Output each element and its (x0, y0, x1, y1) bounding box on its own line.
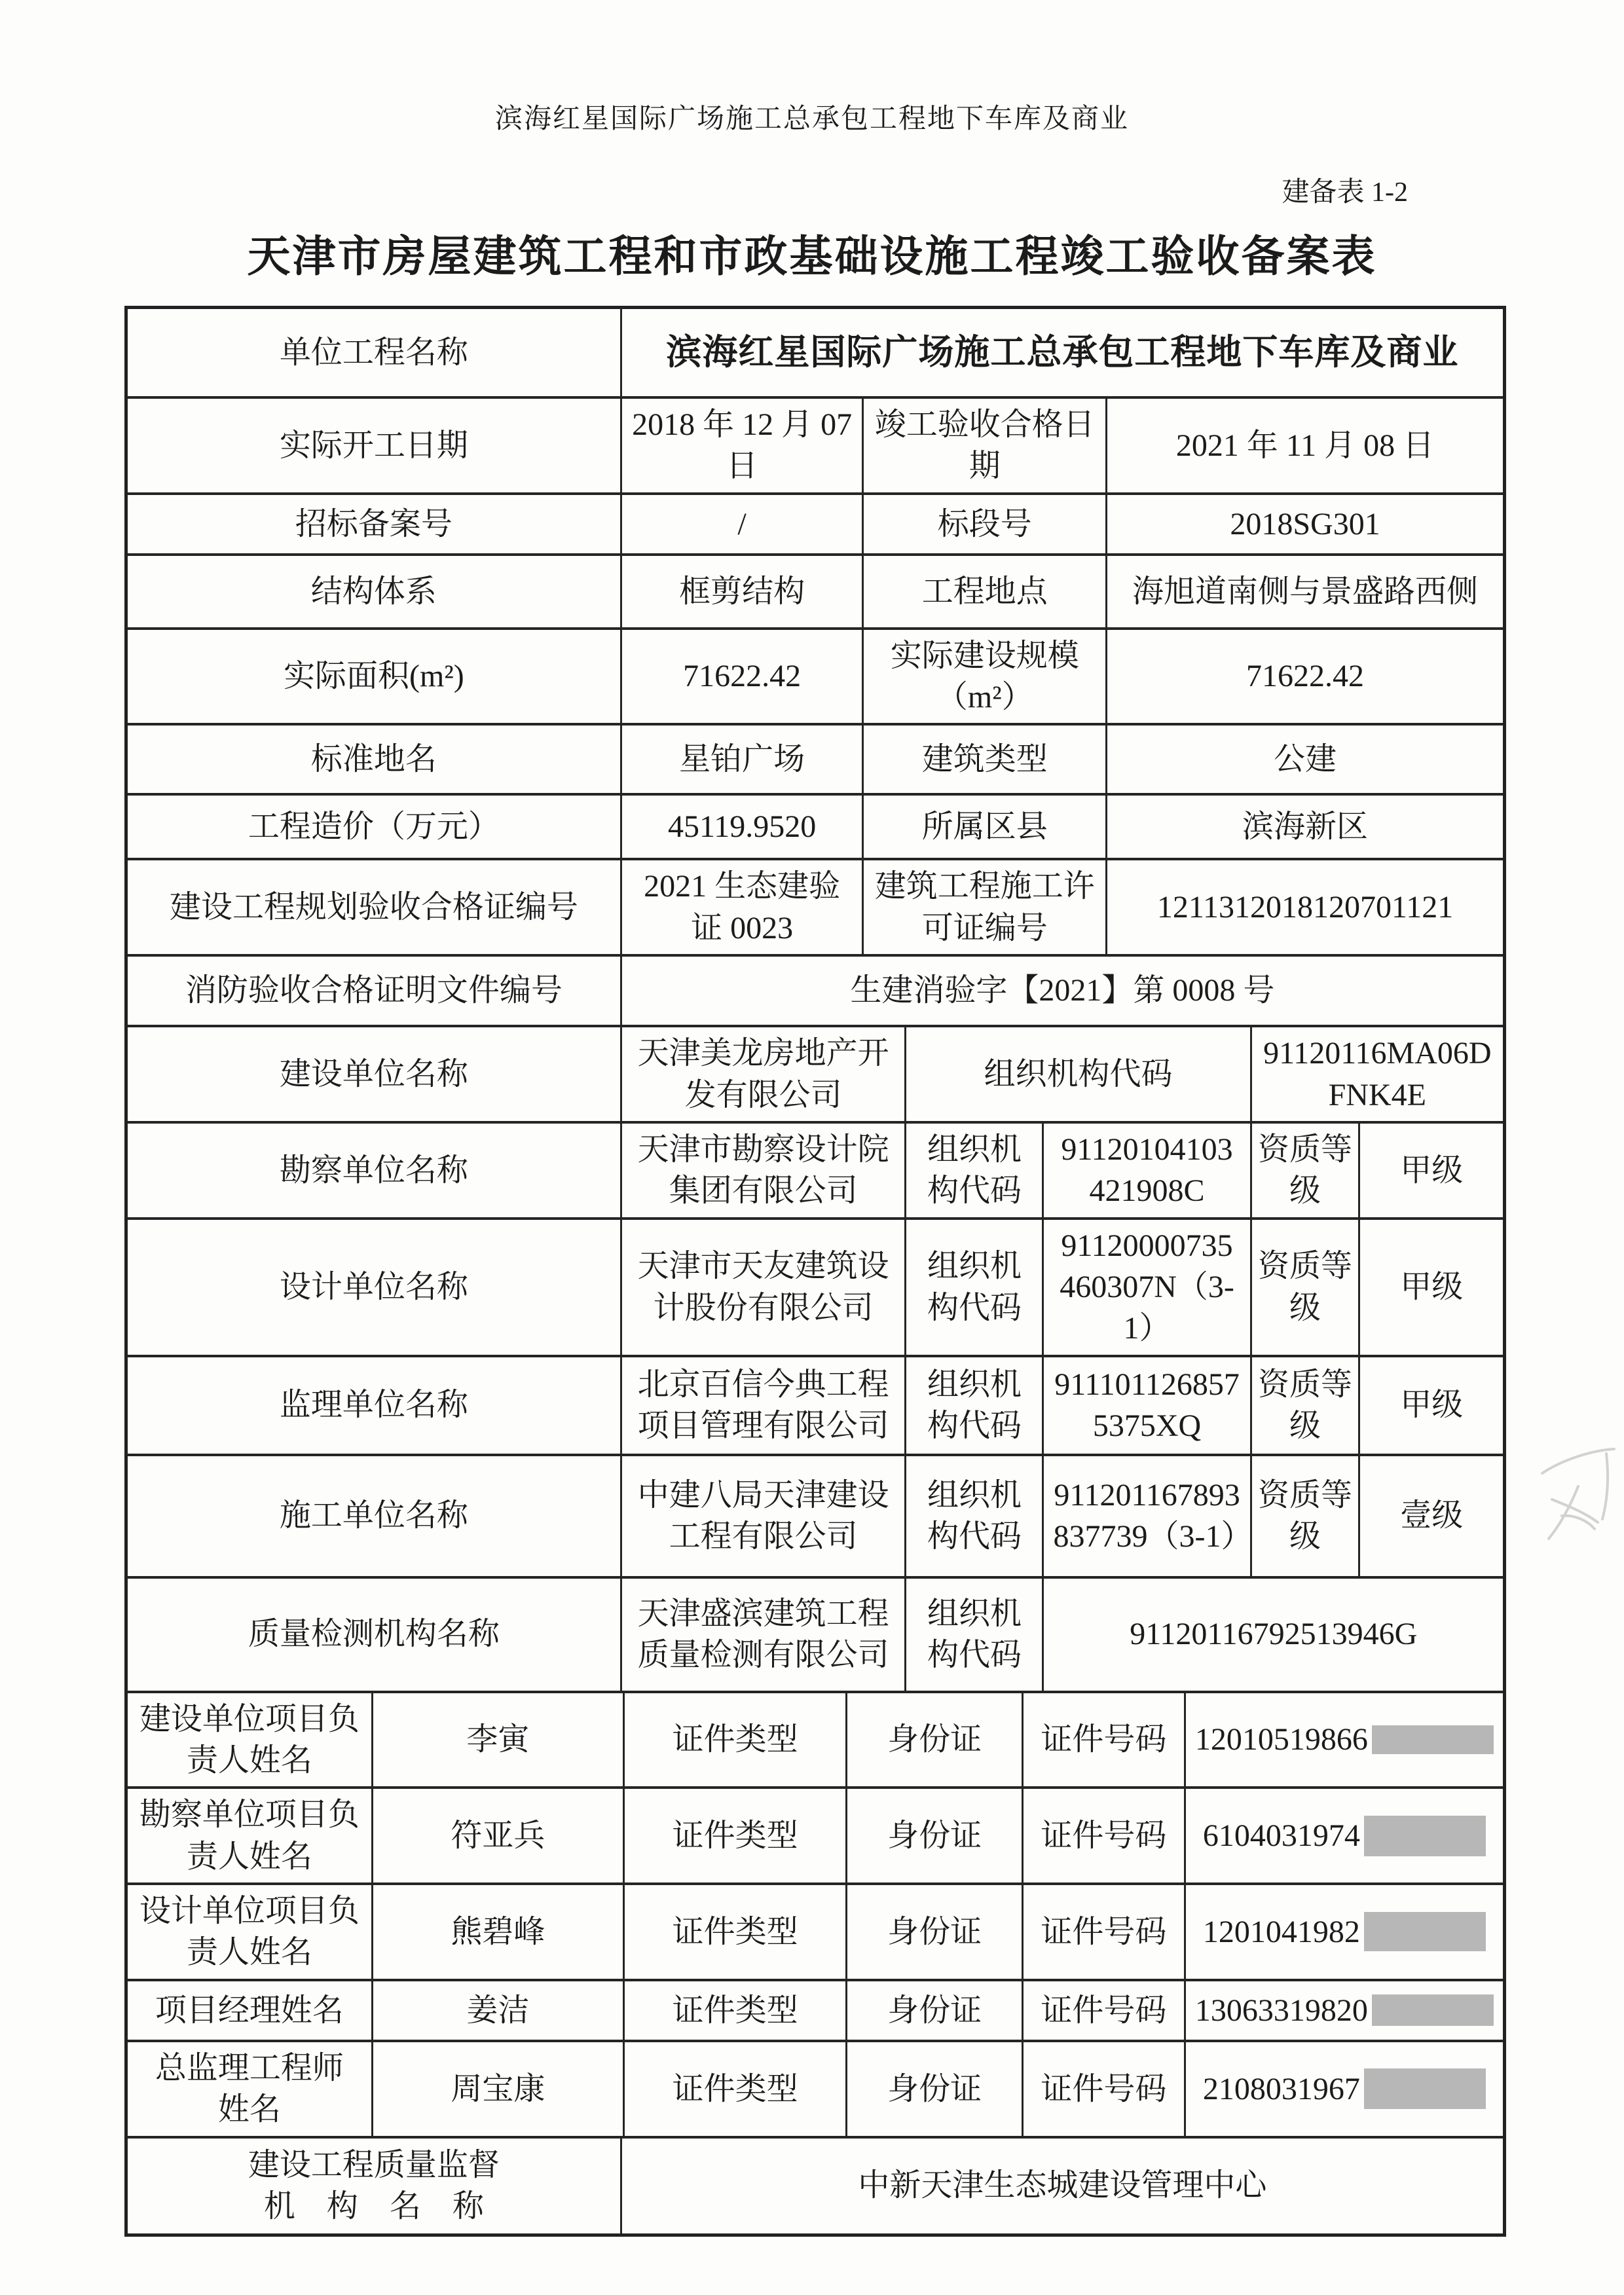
district-value: 滨海新区 (1105, 796, 1503, 858)
survey-grade-label: 资质等级 (1250, 1124, 1359, 1217)
row-area: 实际面积(m²) 71622.42 实际建设规模（m²） 71622.42 (128, 627, 1503, 724)
survey-doc-no-cell: 6104031974 (1184, 1789, 1503, 1882)
design-doc-no-label: 证件号码 (1022, 1885, 1184, 1979)
document-header-project-name: 滨海红星国际广场施工总承包工程地下车库及商业 (0, 97, 1624, 136)
building-type-label: 建筑类型 (862, 725, 1105, 793)
supervision-unit-label: 监理单位名称 (128, 1357, 620, 1454)
design-doc-no-value: 1201041982 (1203, 1911, 1360, 1953)
owner-doc-type-value: 身份证 (845, 1693, 1022, 1787)
page-title: 天津市房屋建筑工程和市政基础设施工程竣工验收备案表 (0, 221, 1624, 284)
unit-name-label: 单位工程名称 (128, 309, 620, 396)
filing-form-table: 单位工程名称 滨海红星国际广场施工总承包工程地下车库及商业 实际开工日期 201… (124, 306, 1506, 2237)
owner-unit-company: 天津美龙房地产开发有限公司 (620, 1027, 905, 1121)
chief-supervisor-label: 总监理工程师 姓名 (128, 2042, 371, 2136)
row-survey-unit: 勘察单位名称 天津市勘察设计院集团有限公司 组织机构代码 91120104103… (128, 1121, 1503, 1217)
row-design-person: 设计单位项目负责人姓名 熊碧峰 证件类型 身份证 证件号码 1201041982 (128, 1882, 1503, 1979)
owner-unit-label: 建设单位名称 (128, 1027, 620, 1121)
supervision-org-code-value: 9111011268575375XQ (1042, 1357, 1249, 1454)
chief-doc-type-value: 身份证 (845, 2042, 1022, 2136)
start-date-label: 实际开工日期 (128, 399, 620, 492)
row-chief-supervisor: 总监理工程师 姓名 周宝康 证件类型 身份证 证件号码 2108031967 (128, 2040, 1503, 2136)
design-grade-label: 资质等级 (1250, 1220, 1359, 1355)
design-org-code-label: 组织机构代码 (904, 1220, 1042, 1355)
owner-doc-type-label: 证件类型 (623, 1693, 845, 1787)
row-contractor-unit: 施工单位名称 中建八局天津建设工程有限公司 组织机构代码 91120116789… (128, 1454, 1503, 1576)
survey-doc-no-value: 6104031974 (1203, 1815, 1360, 1856)
testing-org-code-value: 91120116792513946G (1042, 1579, 1503, 1691)
construction-scale-label: 实际建设规模（m²） (862, 630, 1105, 724)
row-fire-cert: 消防验收合格证明文件编号 生建消验字【2021】第 0008 号 (128, 954, 1503, 1025)
construction-permit-label: 建筑工程施工许可证编号 (862, 860, 1105, 954)
pm-doc-no-label: 证件号码 (1022, 1981, 1184, 2040)
building-type-value: 公建 (1105, 725, 1503, 793)
testing-org-code-label: 组织机构代码 (904, 1579, 1042, 1691)
survey-person-name: 符亚兵 (371, 1789, 623, 1882)
survey-doc-type-value: 身份证 (845, 1789, 1022, 1882)
project-manager-name: 姜洁 (371, 1981, 623, 2040)
fire-cert-label: 消防验收合格证明文件编号 (128, 957, 620, 1025)
construction-permit-value: 1211312018120701121 (1105, 860, 1503, 954)
unit-name-value: 滨海红星国际广场施工总承包工程地下车库及商业 (620, 309, 1503, 396)
project-location-value: 海旭道南侧与景盛路西侧 (1105, 556, 1503, 627)
section-number-value: 2018SG301 (1105, 495, 1503, 553)
owner-org-code-value: 91120116MA06DFNK4E (1250, 1027, 1503, 1121)
redaction-box (1364, 1912, 1486, 1951)
pm-doc-type-value: 身份证 (845, 1981, 1022, 2040)
chief-doc-no-value: 2108031967 (1203, 2068, 1360, 2110)
form-code: 建备表 1-2 (0, 170, 1624, 210)
row-cost: 工程造价（万元） 45119.9520 所属区县 滨海新区 (128, 793, 1503, 858)
structure-system-value: 框剪结构 (620, 556, 862, 627)
standard-place-value: 星铂广场 (620, 725, 862, 793)
row-structure: 结构体系 框剪结构 工程地点 海旭道南侧与景盛路西侧 (128, 553, 1503, 627)
construction-scale-value: 71622.42 (1105, 630, 1503, 724)
fire-cert-value: 生建消验字【2021】第 0008 号 (620, 957, 1503, 1025)
redaction-box (1372, 1994, 1494, 2026)
design-grade-value: 甲级 (1358, 1220, 1503, 1355)
redaction-box (1364, 1816, 1486, 1856)
survey-person-label: 勘察单位项目负责人姓名 (128, 1789, 371, 1882)
row-quality-bureau: 建设工程质量监督 机 构 名 称 中新天津生态城建设管理中心 (128, 2136, 1503, 2233)
owner-doc-no-label: 证件号码 (1022, 1693, 1184, 1787)
contractor-org-code-label: 组织机构代码 (904, 1456, 1042, 1576)
row-owner-unit: 建设单位名称 天津美龙房地产开发有限公司 组织机构代码 91120116MA06… (128, 1025, 1503, 1121)
planning-cert-value: 2021 生态建验证 0023 (620, 860, 862, 954)
row-supervision-unit: 监理单位名称 北京百信今典工程项目管理有限公司 组织机构代码 911101126… (128, 1355, 1503, 1454)
supervision-org-code-label: 组织机构代码 (904, 1357, 1042, 1454)
contractor-org-code-value: 911201167893837739（3-1） (1042, 1456, 1249, 1576)
redaction-box (1364, 2068, 1486, 2109)
pm-doc-no-cell: 13063319820 (1184, 1981, 1503, 2040)
owner-doc-no-cell: 12010519866 (1184, 1693, 1503, 1787)
survey-doc-type-label: 证件类型 (623, 1789, 845, 1882)
testing-agency-company: 天津盛滨建筑工程质量检测有限公司 (620, 1579, 905, 1691)
design-person-name: 熊碧峰 (371, 1885, 623, 1979)
start-date-value: 2018 年 12 月 07 日 (620, 399, 862, 492)
project-cost-value: 45119.9520 (620, 796, 862, 858)
row-place-name: 标准地名 星铂广场 建筑类型 公建 (128, 723, 1503, 793)
actual-area-label: 实际面积(m²) (128, 630, 620, 724)
design-unit-label: 设计单位名称 (128, 1220, 620, 1355)
row-owner-person: 建设单位项目负责人姓名 李寅 证件类型 身份证 证件号码 12010519866 (128, 1691, 1503, 1787)
redaction-box (1372, 1725, 1494, 1754)
bid-record-value: / (620, 495, 862, 553)
row-bid: 招标备案号 / 标段号 2018SG301 (128, 492, 1503, 553)
design-doc-type-value: 身份证 (845, 1885, 1022, 1979)
design-doc-type-label: 证件类型 (623, 1885, 845, 1979)
survey-org-code-value: 91120104103421908C (1042, 1124, 1249, 1217)
pm-doc-no-value: 13063319820 (1195, 1990, 1368, 2031)
design-doc-no-cell: 1201041982 (1184, 1885, 1503, 1979)
quality-bureau-label: 建设工程质量监督 机 构 名 称 (128, 2139, 620, 2233)
actual-area-value: 71622.42 (620, 630, 862, 724)
bid-record-label: 招标备案号 (128, 495, 620, 553)
supervision-grade-value: 甲级 (1358, 1357, 1503, 1454)
supervision-unit-company: 北京百信今典工程项目管理有限公司 (620, 1357, 905, 1454)
pm-doc-type-label: 证件类型 (623, 1981, 845, 2040)
contractor-unit-company: 中建八局天津建设工程有限公司 (620, 1456, 905, 1576)
section-number-label: 标段号 (862, 495, 1105, 553)
quality-bureau-value: 中新天津生态城建设管理中心 (620, 2139, 1503, 2233)
row-project-manager: 项目经理姓名 姜洁 证件类型 身份证 证件号码 13063319820 (128, 1979, 1503, 2040)
supervision-grade-label: 资质等级 (1250, 1357, 1359, 1454)
structure-system-label: 结构体系 (128, 556, 620, 627)
owner-person-name: 李寅 (371, 1693, 623, 1787)
row-testing-agency: 质量检测机构名称 天津盛滨建筑工程质量检测有限公司 组织机构代码 9112011… (128, 1576, 1503, 1691)
scanned-form-page: 滨海红星国际广场施工总承包工程地下车库及商业 建备表 1-2 天津市房屋建筑工程… (0, 0, 1624, 2295)
survey-grade-value: 甲级 (1358, 1124, 1503, 1217)
design-org-code-value: 91120000735460307N（3-1） (1042, 1220, 1249, 1355)
district-label: 所属区县 (862, 796, 1105, 858)
project-location-label: 工程地点 (862, 556, 1105, 627)
contractor-grade-value: 壹级 (1358, 1456, 1503, 1576)
chief-doc-type-label: 证件类型 (623, 2042, 845, 2136)
owner-org-code-label: 组织机构代码 (904, 1027, 1249, 1121)
standard-place-label: 标准地名 (128, 725, 620, 793)
project-cost-label: 工程造价（万元） (128, 796, 620, 858)
contractor-unit-label: 施工单位名称 (128, 1456, 620, 1576)
acceptance-date-label: 竣工验收合格日期 (862, 399, 1105, 492)
row-survey-person: 勘察单位项目负责人姓名 符亚兵 证件类型 身份证 证件号码 6104031974 (128, 1786, 1503, 1882)
design-person-label: 设计单位项目负责人姓名 (128, 1885, 371, 1979)
owner-doc-no-value: 12010519866 (1195, 1719, 1368, 1760)
planning-cert-label: 建设工程规划验收合格证编号 (128, 860, 620, 954)
design-unit-company: 天津市天友建筑设计股份有限公司 (620, 1220, 905, 1355)
contractor-grade-label: 资质等级 (1250, 1456, 1359, 1576)
survey-unit-label: 勘察单位名称 (128, 1124, 620, 1217)
chief-doc-no-cell: 2108031967 (1184, 2042, 1503, 2136)
survey-doc-no-label: 证件号码 (1022, 1789, 1184, 1882)
survey-org-code-label: 组织机构代码 (904, 1124, 1042, 1217)
row-design-unit: 设计单位名称 天津市天友建筑设计股份有限公司 组织机构代码 9112000073… (128, 1217, 1503, 1355)
row-planning-cert: 建设工程规划验收合格证编号 2021 生态建验证 0023 建筑工程施工许可证编… (128, 858, 1503, 954)
chief-doc-no-label: 证件号码 (1022, 2042, 1184, 2136)
row-unit-name: 单位工程名称 滨海红星国际广场施工总承包工程地下车库及商业 (128, 309, 1503, 396)
owner-person-label: 建设单位项目负责人姓名 (128, 1693, 371, 1787)
survey-unit-company: 天津市勘察设计院集团有限公司 (620, 1124, 905, 1217)
acceptance-date-value: 2021 年 11 月 08 日 (1105, 399, 1503, 492)
chief-supervisor-name: 周宝康 (371, 2042, 623, 2136)
pencil-scribble-mark (1529, 1437, 1624, 1555)
row-dates: 实际开工日期 2018 年 12 月 07 日 竣工验收合格日期 2021 年 … (128, 396, 1503, 492)
testing-agency-label: 质量检测机构名称 (128, 1579, 620, 1691)
project-manager-label: 项目经理姓名 (128, 1981, 371, 2040)
